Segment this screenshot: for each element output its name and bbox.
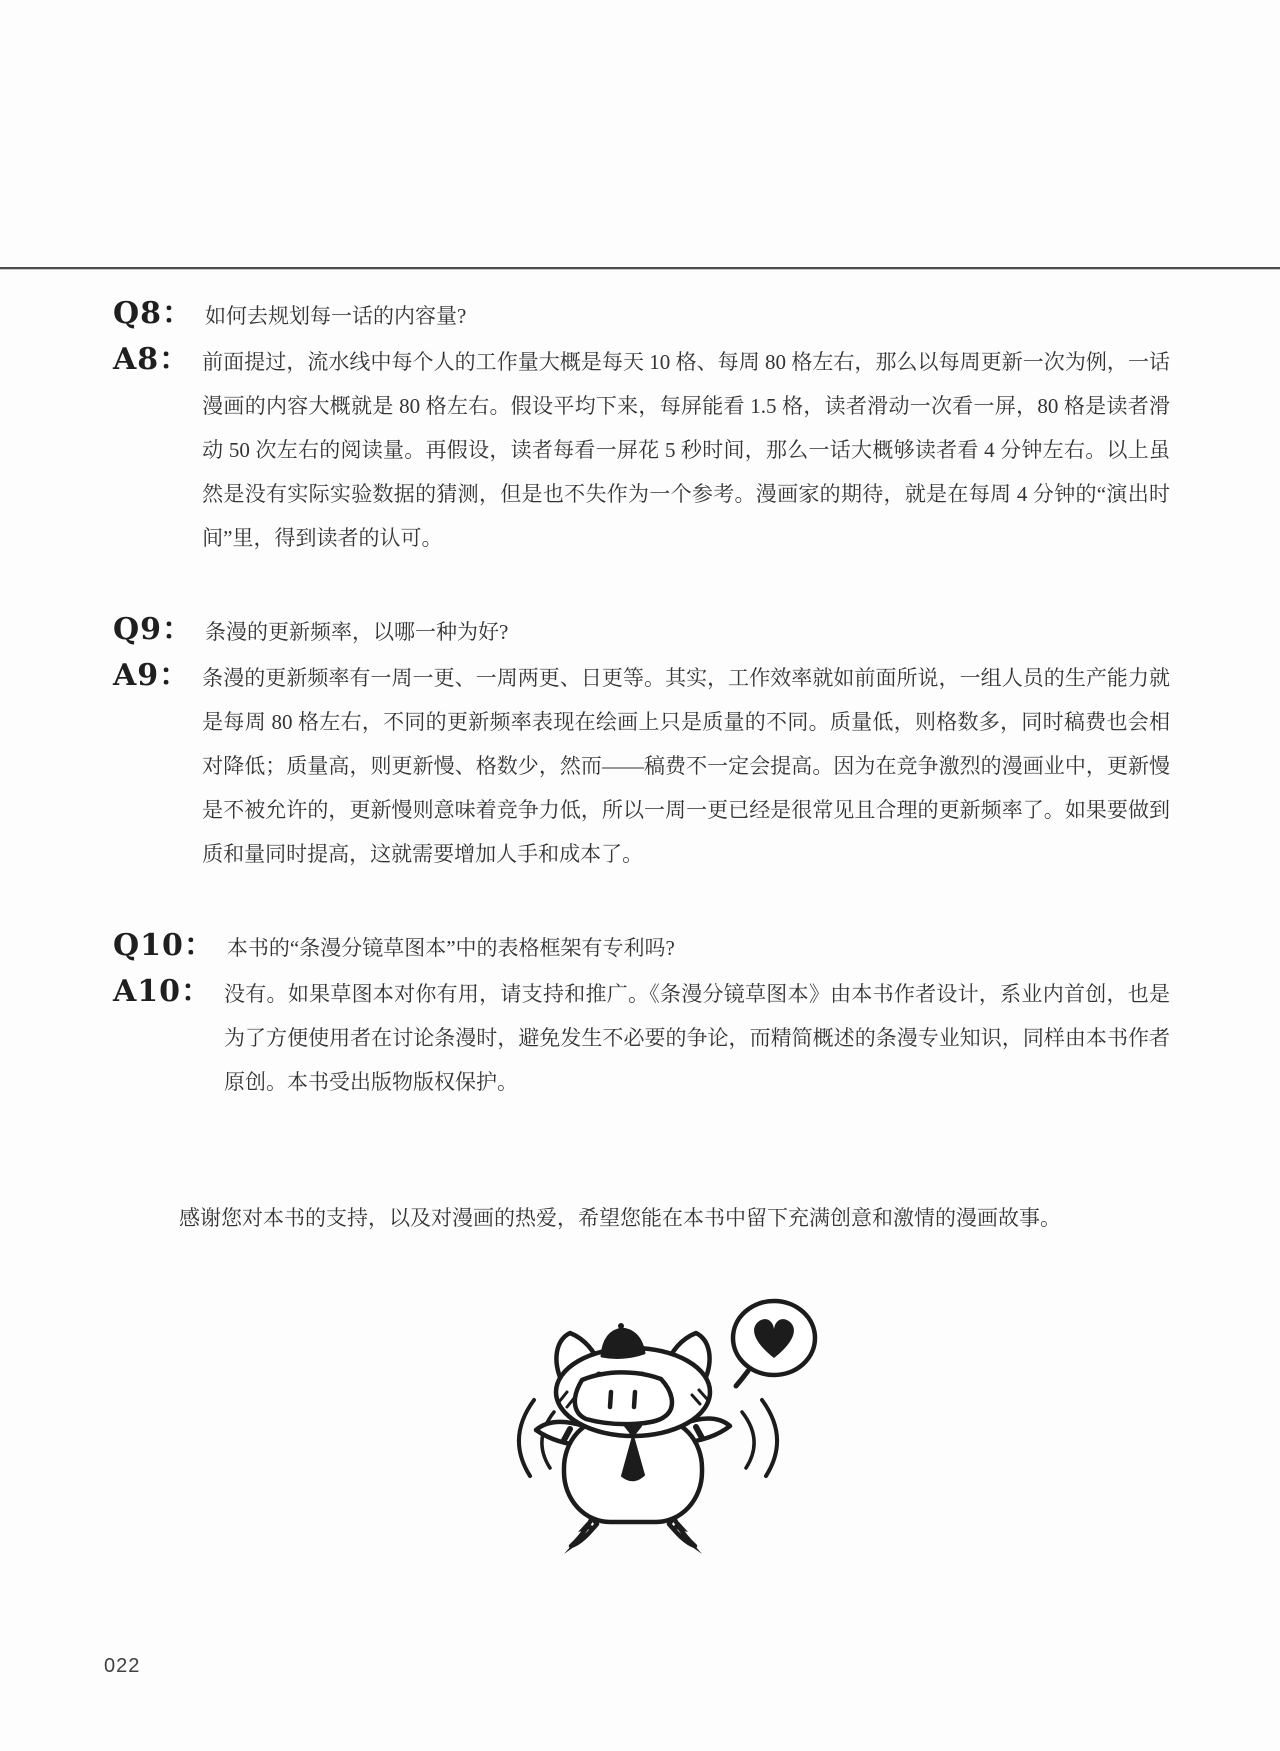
qa-block-q10: Q10： 本书的“条漫分镜草图本”中的表格框架有专利吗? A10： 没有。如果草…	[113, 924, 1170, 1104]
answer-label: A8：	[113, 338, 190, 382]
question-row: Q9： 条漫的更新频率，以哪一种为好?	[113, 608, 1170, 654]
qa-block-q8: Q8： 如何去规划每一话的内容量? A8： 前面提过，流水线中每个人的工作量大概…	[113, 292, 1170, 560]
question-label: Q10：	[113, 924, 215, 968]
answer-text: 条漫的更新频率有一周一更、一周两更、日更等。其实，工作效率就如前面所说，一组人员…	[202, 656, 1170, 876]
speech-bubble	[733, 1301, 815, 1386]
question-text: 条漫的更新频率，以哪一种为好?	[205, 610, 1170, 654]
answer-row: A10： 没有。如果草图本对你有用，请支持和推广。《条漫分镜草图本》由本书作者设…	[113, 970, 1170, 1104]
answer-text: 没有。如果草图本对你有用，请支持和推广。《条漫分镜草图本》由本书作者设计，系业内…	[224, 972, 1170, 1104]
answer-label: A10：	[113, 970, 212, 1014]
answer-row: A8： 前面提过，流水线中每个人的工作量大概是每天 10 格、每周 80 格左右…	[113, 338, 1170, 560]
closing-note: 感谢您对本书的支持，以及对漫画的热爱，希望您能在本书中留下充满创意和激情的漫画故…	[113, 1196, 1170, 1240]
pig-mascot-illustration	[468, 1280, 848, 1565]
beret-icon	[602, 1323, 644, 1357]
answer-text: 前面提过，流水线中每个人的工作量大概是每天 10 格、每周 80 格左右，那么以…	[202, 340, 1170, 560]
pig-snout	[575, 1372, 672, 1424]
question-text: 本书的“条漫分镜草图本”中的表格框架有专利吗?	[227, 926, 1170, 970]
page-number: 022	[104, 1655, 140, 1678]
question-row: Q8： 如何去规划每一话的内容量?	[113, 292, 1170, 338]
question-row: Q10： 本书的“条漫分镜草图本”中的表格框架有专利吗?	[113, 924, 1170, 970]
qa-content: Q8： 如何去规划每一话的内容量? A8： 前面提过，流水线中每个人的工作量大概…	[113, 292, 1170, 1240]
question-label: Q9：	[113, 608, 193, 652]
answer-label: A9：	[113, 654, 190, 698]
book-page: Q8： 如何去规划每一话的内容量? A8： 前面提过，流水线中每个人的工作量大概…	[0, 0, 1280, 1751]
question-label: Q8：	[113, 292, 193, 336]
top-rule-divider	[0, 267, 1280, 270]
answer-row: A9： 条漫的更新频率有一周一更、一周两更、日更等。其实，工作效率就如前面所说，…	[113, 654, 1170, 876]
question-text: 如何去规划每一话的内容量?	[205, 294, 1170, 338]
qa-block-q9: Q9： 条漫的更新频率，以哪一种为好? A9： 条漫的更新频率有一周一更、一周两…	[113, 608, 1170, 876]
